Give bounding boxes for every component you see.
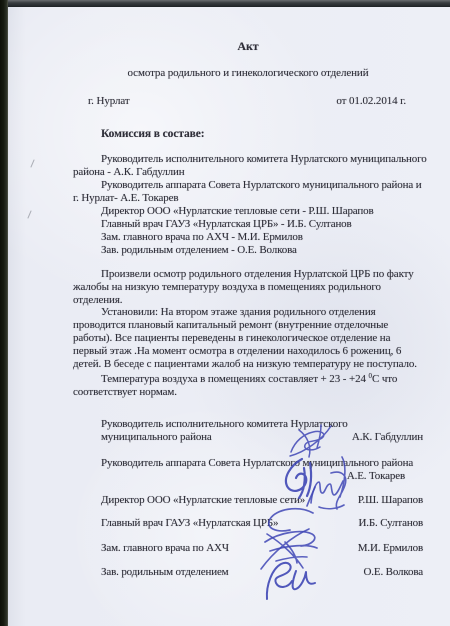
- signature-position: Зам. главного врача по АХЧ: [101, 542, 229, 555]
- signature-name: М.И. Ермилов: [358, 542, 423, 555]
- commission-member-line: Руководитель аппарата Совета Нурлатского…: [73, 179, 423, 192]
- signature-name: Р.Ш. Шарапов: [358, 494, 423, 507]
- body-paragraphs: Произвели осмотр родильного отделения Ну…: [73, 268, 423, 399]
- commission-member-line: Руководитель исполнительного комитета Ну…: [73, 153, 423, 166]
- paper-sheet: Акт осмотра родильного и гинекологическо…: [8, 7, 450, 626]
- signature-position: Главный врач ГАУЗ «Нурлатская ЦРБ»: [101, 517, 278, 530]
- signature-row-sharapov: Директор ООО «Нурлатские тепловые сети» …: [73, 494, 423, 507]
- meta-row: г. Нурлат от 01.02.2014 г.: [73, 95, 423, 108]
- document-city: г. Нурлат: [73, 95, 130, 108]
- signature-row-sultanov: Главный врач ГАУЗ «Нурлатская ЦРБ» И.Б. …: [73, 517, 423, 530]
- signature-position: Директор ООО «Нурлатские тепловые сети»: [101, 494, 305, 507]
- paragraph-findings: Установили: На втором этаже здания родил…: [73, 306, 423, 370]
- signature-row-gabdullin: Руководитель исполнительного комитета Ну…: [73, 418, 423, 444]
- document-subtitle: осмотра родильного и гинекологического о…: [73, 67, 423, 80]
- signature-row-ermilov: Зам. главного врача по АХЧ М.И. Ермилов: [73, 542, 423, 555]
- commission-member-line: Директор ООО «Нурлатские тепловые сети -…: [73, 205, 423, 218]
- signature-position: Руководитель аппарата Совета Нурлатского…: [101, 457, 413, 470]
- scan-edge-left: [0, 0, 8, 626]
- document-date: от 01.02.2014 г.: [336, 95, 406, 108]
- signature-block: Руководитель исполнительного комитета Ну…: [73, 418, 423, 579]
- signature-name: И.Б. Султанов: [358, 517, 423, 530]
- commission-member-line: г. Нурлат- А.Е. Токарев: [73, 192, 423, 205]
- commission-member-line: Зам. главного врача по АХЧ - М.И. Ермило…: [73, 231, 423, 244]
- signature-name: О.Е. Волкова: [363, 566, 423, 579]
- commission-members: Руководитель исполнительного комитета Ну…: [73, 153, 423, 257]
- document-title: Акт: [73, 40, 423, 53]
- signature-name: А.Е. Токарев: [101, 470, 405, 483]
- commission-heading: Комиссия в составе:: [73, 128, 423, 141]
- scan-edge-top: [0, 0, 450, 7]
- scanned-document: Акт осмотра родильного и гинекологическо…: [0, 0, 450, 626]
- commission-member-line: Зав. родильным отделением - О.Е. Волкова: [73, 244, 423, 257]
- signature-row-volkova: Зав. родильным отделением О.Е. Волкова: [73, 566, 423, 579]
- signature-name: А.К. Габдуллин: [352, 431, 423, 444]
- signature-row-tokarev: Руководитель аппарата Совета Нурлатского…: [73, 457, 423, 483]
- temperature-text: Температура воздуха в помещениях составл…: [101, 373, 369, 385]
- commission-member-line: района - А.К. Габдуллин: [73, 166, 423, 179]
- paragraph-inspection: Произвели осмотр родильного отделения Ну…: [73, 268, 423, 306]
- commission-member-line: Главный врач ГАУЗ «Нурлатская ЦРБ» - И.Б…: [73, 218, 423, 231]
- signature-position: Зав. родильным отделением: [101, 566, 228, 579]
- paragraph-temperature: Температура воздуха в помещениях составл…: [73, 370, 423, 399]
